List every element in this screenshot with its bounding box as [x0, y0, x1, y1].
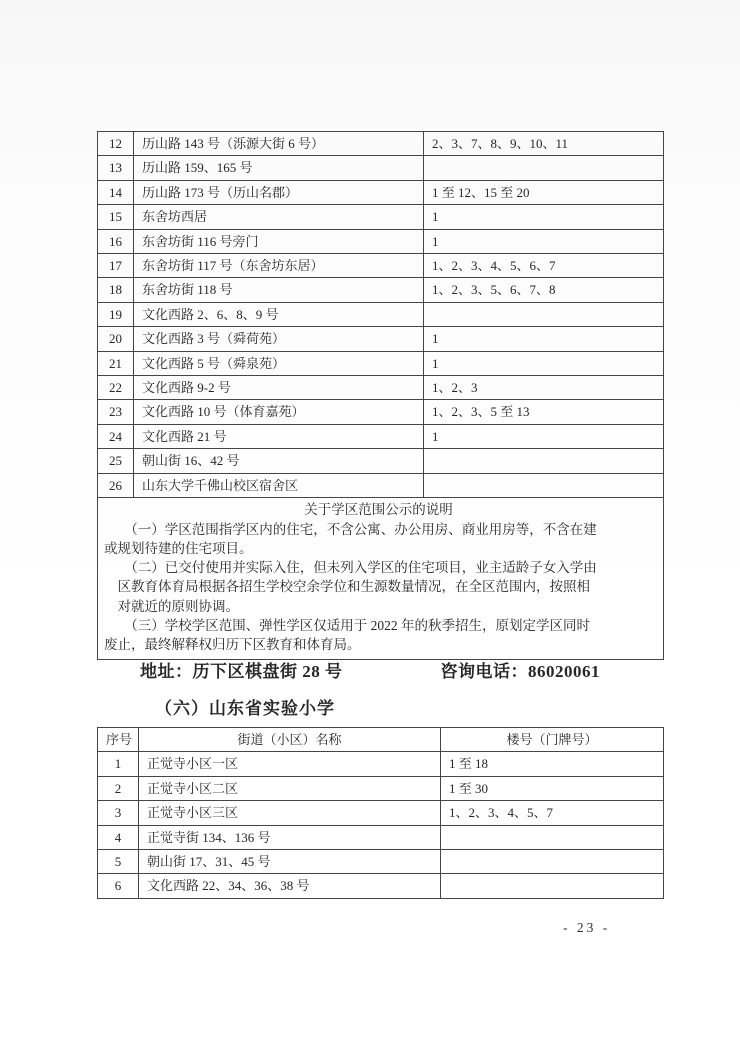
address-label: 地址：历下区棋盘街 28 号	[140, 657, 343, 682]
serial-cell: 26	[98, 473, 134, 497]
table-row: 1 正觉寺小区一区 1 至 18	[98, 752, 664, 776]
table-row: 14 历山路 173 号（历山名郡） 1 至 12、15 至 20	[98, 180, 664, 204]
notice-title: 关于学区范围公示的说明	[104, 500, 653, 520]
building-cell	[424, 473, 664, 497]
serial-cell: 1	[98, 752, 139, 776]
table-row: 13 历山路 159、165 号	[98, 156, 664, 180]
building-cell: 2、3、7、8、9、10、11	[424, 132, 664, 156]
document-page: 12 历山路 143 号（泺源大街 6 号） 2、3、7、8、9、10、11 1…	[0, 0, 740, 1046]
street-cell: 文化西路 3 号（舜荷苑）	[134, 327, 424, 351]
table-row: 26 山东大学千佛山校区宿舍区	[98, 473, 664, 497]
serial-cell: 4	[98, 825, 139, 849]
street-cell: 正觉寺小区三区	[139, 801, 441, 825]
street-cell: 正觉寺小区一区	[139, 752, 441, 776]
contact-line: 地址：历下区棋盘街 28 号 咨询电话：86020061	[97, 657, 663, 682]
serial-cell: 20	[98, 327, 134, 351]
serial-cell: 18	[98, 278, 134, 302]
serial-cell: 17	[98, 254, 134, 278]
table-row: 17 东舍坊街 117 号（东舍坊东居） 1、2、3、4、5、6、7	[98, 254, 664, 278]
table-row: 16 东舍坊街 116 号旁门 1	[98, 229, 664, 253]
serial-cell: 25	[98, 449, 134, 473]
street-cell: 东舍坊街 117 号（东舍坊东居）	[134, 254, 424, 278]
notice-block: 关于学区范围公示的说明 （一）学区范围指学区内的住宅，不含公寓、办公用房、商业用…	[98, 498, 664, 660]
building-cell	[424, 449, 664, 473]
section-heading: （六）山东省实验小学	[155, 694, 335, 719]
street-cell: 东舍坊街 116 号旁门	[134, 229, 424, 253]
page-number: - 23 -	[563, 920, 610, 936]
building-cell: 1	[424, 229, 664, 253]
building-cell: 1	[424, 424, 664, 448]
street-cell: 朝山街 17、31、45 号	[139, 850, 441, 874]
table-row: 2 正觉寺小区二区 1 至 30	[98, 776, 664, 800]
serial-cell: 15	[98, 205, 134, 229]
table-row: 21 文化西路 5 号（舜泉苑） 1	[98, 351, 664, 375]
building-cell	[424, 302, 664, 326]
street-cell: 文化西路 22、34、36、38 号	[139, 874, 441, 898]
building-cell: 1、2、3、4、5、6、7	[424, 254, 664, 278]
serial-cell: 19	[98, 302, 134, 326]
street-cell: 历山路 159、165 号	[134, 156, 424, 180]
table-row: 12 历山路 143 号（泺源大街 6 号） 2、3、7、8、9、10、11	[98, 132, 664, 156]
building-cell: 1 至 18	[441, 752, 664, 776]
table-row: 5 朝山街 17、31、45 号	[98, 850, 664, 874]
building-cell: 1、2、3、5、6、7、8	[424, 278, 664, 302]
serial-cell: 3	[98, 801, 139, 825]
table-header-row: 序号 街道（小区）名称 楼号（门牌号）	[98, 728, 664, 752]
building-cell	[441, 874, 664, 898]
serial-cell: 13	[98, 156, 134, 180]
table-row: 25 朝山街 16、42 号	[98, 449, 664, 473]
notice-line: 或规划待建的住宅项目。	[104, 539, 653, 558]
serial-cell: 5	[98, 850, 139, 874]
serial-cell: 2	[98, 776, 139, 800]
street-cell: 东舍坊西居	[134, 205, 424, 229]
street-cell: 历山路 143 号（泺源大街 6 号）	[134, 132, 424, 156]
notice-row: 关于学区范围公示的说明 （一）学区范围指学区内的住宅，不含公寓、办公用房、商业用…	[98, 498, 664, 660]
street-cell: 文化西路 21 号	[134, 424, 424, 448]
experimental-school-table: 序号 街道（小区）名称 楼号（门牌号） 1 正觉寺小区一区 1 至 18 2 正…	[97, 727, 664, 899]
street-cell: 山东大学千佛山校区宿舍区	[134, 473, 424, 497]
street-cell: 历山路 173 号（历山名郡）	[134, 180, 424, 204]
serial-cell: 6	[98, 874, 139, 898]
table-row: 15 东舍坊西居 1	[98, 205, 664, 229]
serial-cell: 24	[98, 424, 134, 448]
serial-cell: 12	[98, 132, 134, 156]
building-cell: 1 至 30	[441, 776, 664, 800]
notice-line: （三）学校学区范围、弹性学区仅适用于 2022 年的秋季招生，原划定学区同时	[104, 616, 653, 635]
serial-cell: 16	[98, 229, 134, 253]
street-cell: 文化西路 9-2 号	[134, 376, 424, 400]
col-header-building: 楼号（门牌号）	[441, 728, 664, 752]
building-cell	[441, 850, 664, 874]
street-cell: 文化西路 5 号（舜泉苑）	[134, 351, 424, 375]
table-row: 19 文化西路 2、6、8、9 号	[98, 302, 664, 326]
table-row: 18 东舍坊街 118 号 1、2、3、5、6、7、8	[98, 278, 664, 302]
table-row: 4 正觉寺街 134、136 号	[98, 825, 664, 849]
table-row: 6 文化西路 22、34、36、38 号	[98, 874, 664, 898]
serial-cell: 21	[98, 351, 134, 375]
table-row: 3 正觉寺小区三区 1、2、3、4、5、7	[98, 801, 664, 825]
building-cell: 1、2、3	[424, 376, 664, 400]
street-cell: 文化西路 2、6、8、9 号	[134, 302, 424, 326]
building-cell: 1	[424, 351, 664, 375]
phone-label: 咨询电话：86020061	[441, 657, 601, 682]
building-cell: 1、2、3、4、5、7	[441, 801, 664, 825]
building-cell: 1	[424, 205, 664, 229]
notice-line: 废止，最终解释权归历下区教育和体育局。	[104, 635, 653, 654]
notice-line: （二）已交付使用并实际入住，但未列入学区的住宅项目，业主适龄子女入学由	[104, 558, 653, 577]
building-cell	[424, 156, 664, 180]
street-cell: 东舍坊街 118 号	[134, 278, 424, 302]
table-row: 22 文化西路 9-2 号 1、2、3	[98, 376, 664, 400]
serial-cell: 23	[98, 400, 134, 424]
building-cell	[441, 825, 664, 849]
notice-line: 区教育体育局根据各招生学校空余学位和生源数量情况，在全区范围内，按照相	[104, 577, 653, 596]
building-cell: 1、2、3、5 至 13	[424, 400, 664, 424]
street-cell: 文化西路 10 号（体育嘉苑）	[134, 400, 424, 424]
building-cell: 1	[424, 327, 664, 351]
street-cell: 正觉寺小区二区	[139, 776, 441, 800]
col-header-street: 街道（小区）名称	[139, 728, 441, 752]
building-cell: 1 至 12、15 至 20	[424, 180, 664, 204]
col-header-serial: 序号	[98, 728, 139, 752]
notice-line: 对就近的原则协调。	[104, 597, 653, 616]
serial-cell: 14	[98, 180, 134, 204]
street-cell: 朝山街 16、42 号	[134, 449, 424, 473]
table-row: 23 文化西路 10 号（体育嘉苑） 1、2、3、5 至 13	[98, 400, 664, 424]
street-cell: 正觉寺街 134、136 号	[139, 825, 441, 849]
table-row: 20 文化西路 3 号（舜荷苑） 1	[98, 327, 664, 351]
table-row: 24 文化西路 21 号 1	[98, 424, 664, 448]
notice-line: （一）学区范围指学区内的住宅，不含公寓、办公用房、商业用房等，不含在建	[104, 520, 653, 539]
serial-cell: 22	[98, 376, 134, 400]
district-range-table: 12 历山路 143 号（泺源大街 6 号） 2、3、7、8、9、10、11 1…	[97, 131, 664, 660]
